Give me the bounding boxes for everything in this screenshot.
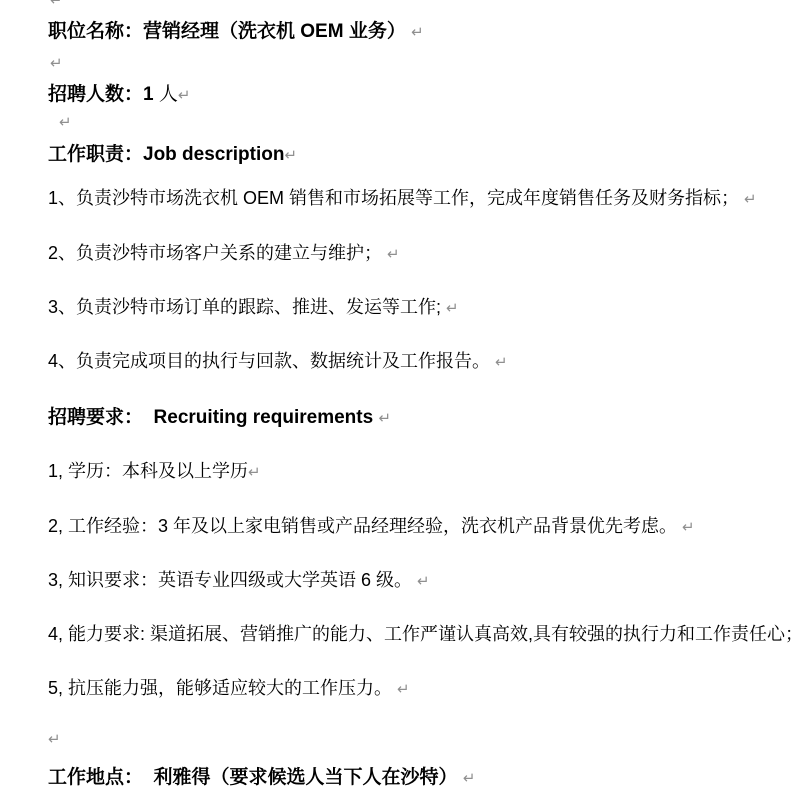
paragraph-mark-icon: ↵ — [378, 409, 391, 427]
paragraph-mark-icon: ↵ — [48, 730, 61, 748]
paragraph-text: 5, 抗压能力强，能够适应较大的工作压力。 — [48, 678, 397, 698]
paragraph-mark-icon: ↵ — [50, 0, 63, 9]
paragraph-text: 3, 知识要求：英语专业四级或大学英语 6 级。 — [48, 570, 417, 590]
paragraph-mark-icon: ↵ — [446, 299, 459, 317]
heading-text: 工作职责：Job description — [48, 144, 284, 165]
empty-paragraph: ↵ — [48, 727, 61, 750]
heading-text: 招聘人数：1 — [48, 84, 154, 105]
paragraph-mark-icon: ↵ — [248, 463, 261, 481]
paragraph-text: 4、负责完成项目的执行与回款、数据统计及工作报告。 — [48, 351, 495, 371]
paragraph-mark-icon: ↵ — [417, 572, 430, 590]
empty-paragraph: ↵ — [50, 51, 63, 74]
paragraph-mark-icon: ↵ — [178, 86, 191, 104]
paragraph-text: 1、负责沙特市场洗衣机 OEM 销售和市场拓展等工作，完成年度销售任务及财务指标… — [48, 188, 744, 208]
paragraph-mark-icon: ↵ — [387, 245, 400, 263]
paragraph-mark-icon: ↵ — [397, 680, 410, 698]
section-heading-job-title: 职位名称：营销经理（洗衣机 OEM 业务） ↵ — [48, 20, 424, 44]
paragraph-mark-icon: ↵ — [495, 353, 508, 371]
paragraph-mark-icon: ↵ — [463, 769, 476, 787]
paragraph-text: 3、负责沙特市场订单的跟踪、推进、发运等工作; — [48, 297, 446, 317]
heading-text: 工作地点： 利雅得（要求候选人当下人在沙特） — [48, 767, 463, 788]
paragraph-requirement-4: 4, 能力要求: 渠道拓展、营销推广的能力、工作严谨认真高效,具有较强的执行力和… — [48, 623, 800, 645]
paragraph-mark-icon: ↵ — [50, 54, 63, 72]
heading-text: 招聘要求： Recruiting requirements — [48, 407, 378, 428]
paragraph-text: 4, 能力要求: 渠道拓展、营销推广的能力、工作严谨认真高效,具有较强的执行力和… — [48, 624, 800, 644]
section-heading-job-description: 工作职责：Job description↵ — [48, 143, 297, 167]
section-heading-work-location: 工作地点： 利雅得（要求候选人当下人在沙特） ↵ — [48, 766, 475, 790]
paragraph-mark-icon: ↵ — [682, 518, 695, 536]
paragraph-mark-icon: ↵ — [59, 113, 72, 131]
paragraph-duty-4: 4、负责完成项目的执行与回款、数据统计及工作报告。 ↵ — [48, 350, 508, 373]
paragraph-mark-icon: ↵ — [411, 23, 424, 41]
paragraph-text: 2、负责沙特市场客户关系的建立与维护； — [48, 243, 387, 263]
heading-suffix-text: 人 — [154, 84, 178, 105]
paragraph-duty-1: 1、负责沙特市场洗衣机 OEM 销售和市场拓展等工作，完成年度销售任务及财务指标… — [48, 187, 757, 210]
paragraph-text: 2, 工作经验：3 年及以上家电销售或产品经理经验，洗衣机产品背景优先考虑。 — [48, 516, 682, 536]
paragraph-duty-2: 2、负责沙特市场客户关系的建立与维护； ↵ — [48, 242, 400, 265]
paragraph-mark-icon: ↵ — [284, 146, 297, 164]
document-page: ↵ 职位名称：营销经理（洗衣机 OEM 业务） ↵ ↵ 招聘人数：1 人↵ ↵ … — [0, 0, 800, 797]
section-heading-headcount: 招聘人数：1 人↵ — [48, 83, 190, 107]
paragraph-mark-icon: ↵ — [744, 190, 757, 208]
paragraph-requirement-3: 3, 知识要求：英语专业四级或大学英语 6 级。 ↵ — [48, 569, 430, 592]
heading-text: 职位名称：营销经理（洗衣机 OEM 业务） — [48, 21, 411, 42]
paragraph-text: 1, 学历：本科及以上学历 — [48, 461, 248, 481]
empty-paragraph: ↵ — [59, 110, 72, 133]
paragraph-requirement-1: 1, 学历：本科及以上学历↵ — [48, 460, 261, 483]
paragraph-requirement-2: 2, 工作经验：3 年及以上家电销售或产品经理经验，洗衣机产品背景优先考虑。 ↵ — [48, 515, 695, 538]
empty-paragraph: ↵ — [50, 0, 63, 11]
paragraph-duty-3: 3、负责沙特市场订单的跟踪、推进、发运等工作; ↵ — [48, 296, 459, 319]
section-heading-recruiting-requirements: 招聘要求： Recruiting requirements ↵ — [48, 406, 391, 430]
paragraph-requirement-5: 5, 抗压能力强，能够适应较大的工作压力。 ↵ — [48, 677, 410, 700]
